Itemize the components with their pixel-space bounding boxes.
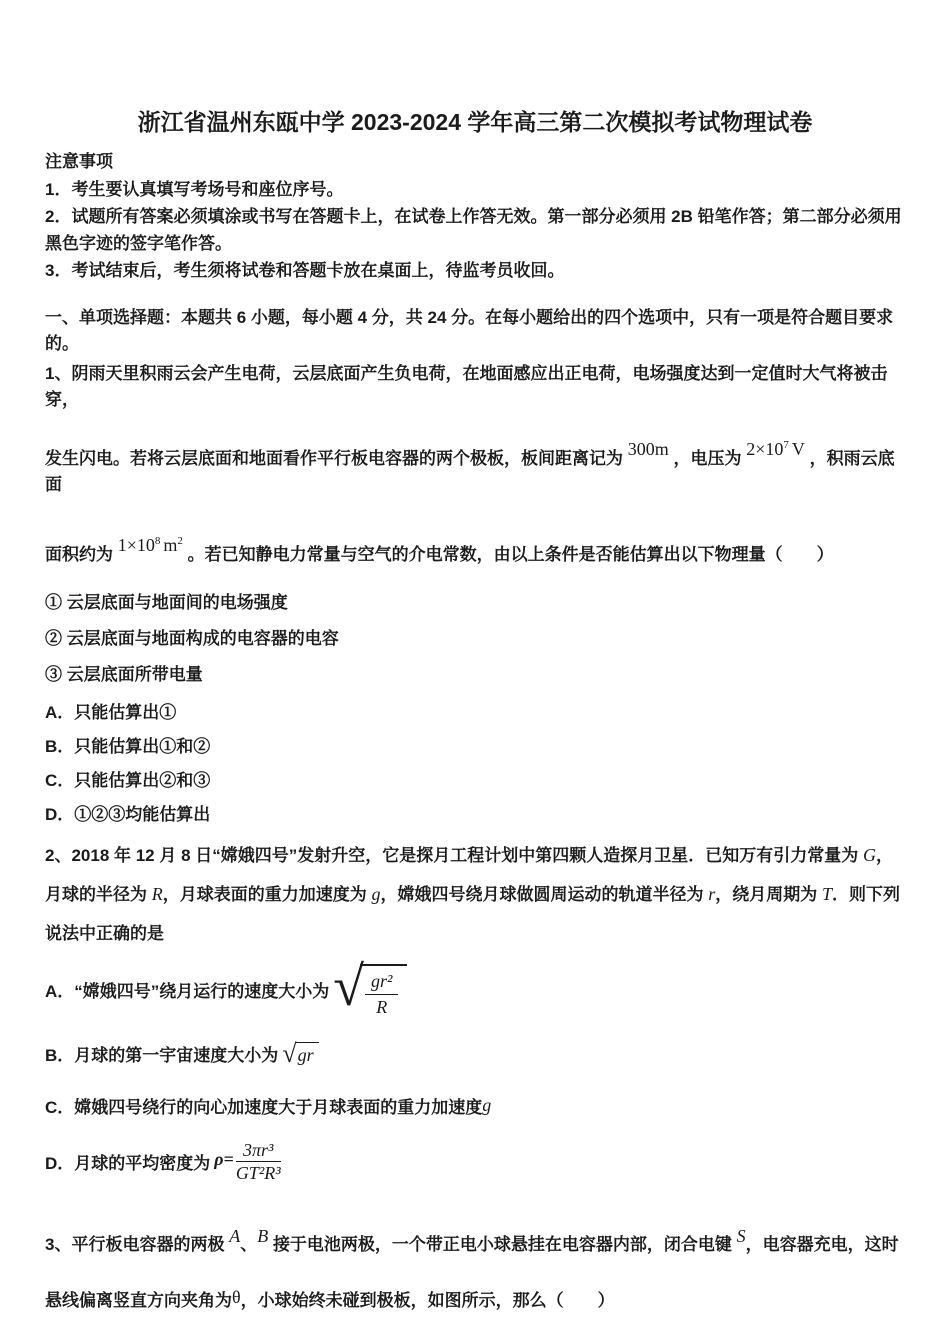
q1-option-b: B．只能估算出①和② [45, 730, 905, 764]
var-R: R [152, 884, 163, 904]
formula-text: 300m [628, 439, 669, 459]
q2-stem-text: 2、2018 年 12 月 8 日“嫦娥四号”发射升空，它是探月工程计划中第四颗… [45, 846, 863, 865]
q1-stem-text: ，电压为 [673, 449, 741, 468]
page-title: 浙江省温州东瓯中学 2023-2024 学年高三第二次模拟考试物理试卷 [45, 106, 905, 138]
formula-text: 1×10 [118, 535, 155, 555]
var-theta: θ [232, 1287, 241, 1307]
q3-stem-text: 接于电池两极，一个带正电小球悬挂在电容器内部，闭合电键 [273, 1235, 732, 1254]
question-2: 2、2018 年 12 月 8 日“嫦娥四号”发射升空，它是探月工程计划中第四颗… [45, 836, 905, 1191]
q1-options: A．只能估算出① B．只能估算出①和② C．只能估算出②和③ D．①②③均能估算… [45, 696, 905, 832]
formula-exponent: 2 [177, 535, 183, 547]
notice-item-2: 2．试题所有答案必须填涂或书写在答题卡上，在试卷上作答无效。第一部分必须用 2B… [45, 203, 905, 257]
q1-option-c: C．只能估算出②和③ [45, 764, 905, 798]
formula-first-cosmic-speed: √ gr [282, 1041, 318, 1066]
density-lhs: ρ= [214, 1149, 234, 1169]
fraction-denominator: GT²R³ [236, 1162, 281, 1182]
fraction: gr² R [365, 971, 398, 1018]
formula-exponent: 8 [155, 535, 161, 547]
q1-option-d: D．①②③均能估算出 [45, 798, 905, 832]
q1-subitems: ① 云层底面与地面间的电场强度 ② 云层底面与地面构成的电容器的电容 ③ 云层底… [45, 585, 905, 693]
formula-text: 2×10 [746, 439, 783, 459]
notice-section: 注意事项 1．考生要认真填写考场号和座位序号。 2．试题所有答案必须填涂或书写在… [45, 148, 905, 284]
option-text: 嫦娥四号绕行的向心加速度大于月球表面的重力加速度 [74, 1093, 482, 1118]
notice-item-3: 3．考试结束后，考生须将试卷和答题卡放在桌面上，待监考员收回。 [45, 257, 905, 284]
option-text: “嫦娥四号”绕月运行的速度大小为 [74, 977, 329, 1002]
q2-stem-text: ，嫦娥四号绕月球做圆周运动的轨道半径为 [380, 885, 708, 904]
radicand: gr² R [360, 964, 407, 1018]
q3-stem-text: 、 [240, 1235, 257, 1254]
q3-stem: 3、平行板电容器的两极 A、B 接于电池两极，一个带正电小球悬挂在电容器内部，闭… [45, 1217, 905, 1329]
var-switch-S: S [737, 1227, 746, 1245]
var-g: g [482, 1096, 491, 1114]
fraction-denominator: R [365, 995, 398, 1018]
formula-unit: V [792, 439, 805, 459]
option-label: C． [45, 1093, 74, 1118]
option-label: A． [45, 977, 74, 1002]
fraction: 3πr³GT²R³ [236, 1141, 281, 1182]
q1-stem-line-1: 1、阴雨天里积雨云会产生电荷，云层底面产生负电荷，在地面感应出正电荷，电场强度达… [45, 361, 905, 413]
option-text: 月球的平均密度为 [74, 1149, 210, 1174]
q1-subitem-1: ① 云层底面与地面间的电场强度 [45, 585, 905, 621]
q3-stem-text: ，小球始终未碰到极板，如图所示，那么（ ） [241, 1291, 615, 1310]
question-1: 1、阴雨天里积雨云会产生电荷，云层底面产生负电荷，在地面感应出正电荷，电场强度达… [45, 361, 905, 832]
exam-paper-page: 浙江省温州东瓯中学 2023-2024 学年高三第二次模拟考试物理试卷 注意事项… [0, 0, 950, 1344]
formula-exponent: 7 [783, 439, 789, 451]
option-label: D． [45, 1149, 74, 1174]
question-3: 3、平行板电容器的两极 A、B 接于电池两极，一个带正电小球悬挂在电容器内部，闭… [45, 1217, 905, 1329]
notice-item-1: 1．考生要认真填写考场号和座位序号。 [45, 176, 905, 203]
option-text: 月球的第一宇宙速度大小为 [74, 1041, 278, 1066]
formula-unit: m [163, 535, 177, 555]
fraction-numerator: gr² [365, 971, 398, 995]
var-T: T [822, 884, 832, 904]
q2-option-b: B． 月球的第一宇宙速度大小为 √ gr [45, 1035, 905, 1071]
q1-stem-line-3: 面积约为 1×108m2 。若已知静电力常量与空气的介电常数，由以上条件是否能估… [45, 542, 905, 568]
q2-stem-text: ，月球表面的重力加速度为 [163, 885, 372, 904]
formula-moon-density: ρ=3πr³GT²R³ [210, 1141, 280, 1182]
fraction-numerator: 3πr³ [236, 1141, 281, 1162]
q1-stem-text: 发生闪电。若将云层底面和地面看作平行板电容器的两个极板，板间距离记为 [45, 449, 623, 468]
q2-option-d: D． 月球的平均密度为 ρ=3πr³GT²R³ [45, 1131, 905, 1191]
q1-subitem-2: ② 云层底面与地面构成的电容器的电容 [45, 621, 905, 657]
formula-plate-distance: 300m [628, 440, 669, 458]
q2-option-a: A． “嫦娥四号”绕月运行的速度大小为 √ gr² R [45, 957, 905, 1021]
q1-stem-text: 面积约为 [45, 545, 113, 564]
var-G: G [863, 845, 876, 865]
radicand: gr [295, 1042, 319, 1066]
q1-stem-line-2: 发生闪电。若将云层底面和地面看作平行板电容器的两个极板，板间距离记为 300m … [45, 446, 905, 498]
q2-stem: 2、2018 年 12 月 8 日“嫦娥四号”发射升空，它是探月工程计划中第四颗… [45, 836, 905, 953]
formula-cloud-area: 1×108m2 [118, 536, 183, 554]
formula-voltage: 2×107V [746, 440, 805, 458]
q1-stem-text: 。若已知静电力常量与空气的介电常数，由以上条件是否能估算出以下物理量（ ） [188, 545, 834, 564]
q2-option-c: C． 嫦娥四号绕行的向心加速度大于月球表面的重力加速度 g [45, 1091, 905, 1119]
var-plate-B: B [257, 1227, 268, 1245]
q3-stem-text: 3、平行板电容器的两极 [45, 1235, 224, 1254]
section-1-heading: 一、单项选择题：本题共 6 小题，每小题 4 分，共 24 分。在每小题给出的四… [45, 305, 905, 357]
formula-orbit-speed: √ gr² R [333, 961, 407, 1018]
q1-option-a: A．只能估算出① [45, 696, 905, 730]
q1-subitem-3: ③ 云层底面所带电量 [45, 657, 905, 693]
q2-stem-text: ，绕月周期为 [715, 885, 822, 904]
option-label: B． [45, 1041, 74, 1066]
var-plate-A: A [229, 1227, 240, 1245]
notice-heading: 注意事项 [45, 148, 905, 176]
